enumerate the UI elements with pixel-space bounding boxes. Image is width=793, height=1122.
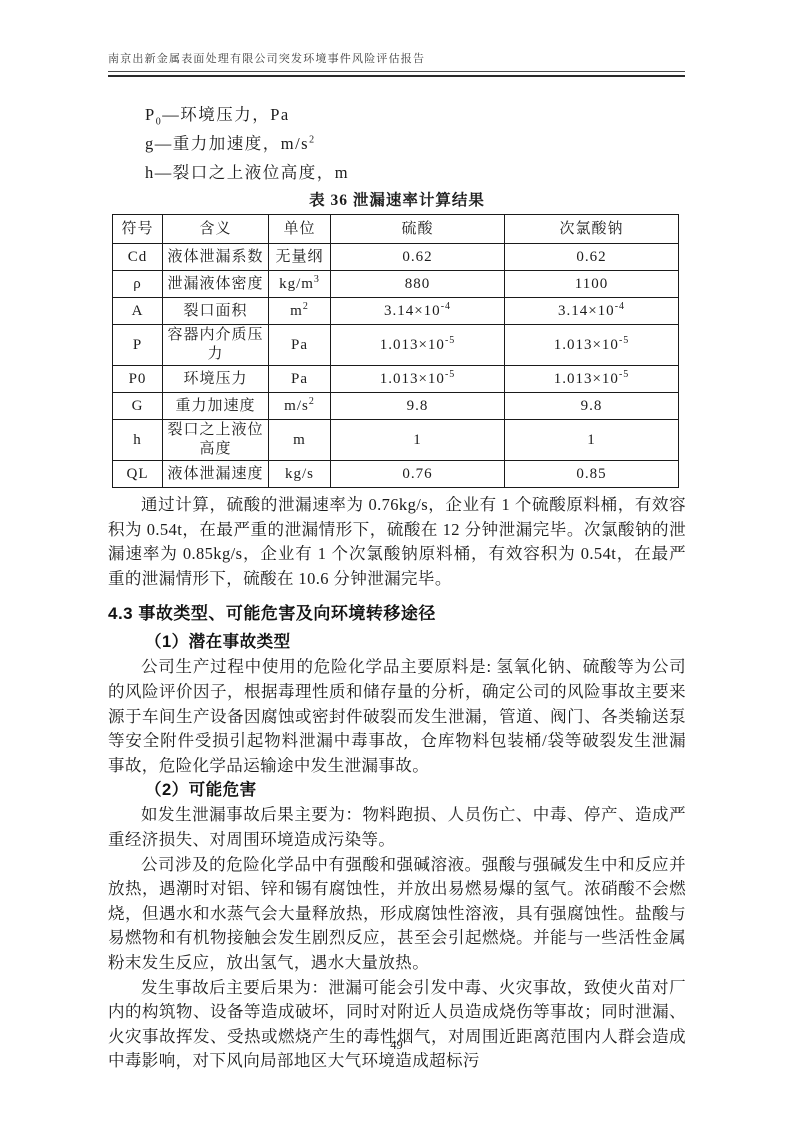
table-cell: 0.85 (505, 461, 679, 488)
table-header-cell: 含义 (163, 215, 269, 244)
table-cell: QL (113, 461, 163, 488)
table-header-cell: 次氯酸钠 (505, 215, 679, 244)
table-cell: Pa (269, 325, 331, 366)
leak-rate-table: 符号含义单位硫酸次氯酸钠 Cd液体泄漏系数无量纲0.620.62ρ泄漏液体密度k… (112, 214, 679, 488)
table-header-cell: 符号 (113, 215, 163, 244)
paragraph-possible-hazard-1: 如发生泄漏事故后果主要为：物料跑损、人员伤亡、中毒、停产、造成严重经济损失、对周… (108, 803, 686, 852)
table-cell: 1100 (505, 271, 679, 298)
subsection-heading-1: （1）潜在事故类型 (108, 630, 686, 655)
table-cell: 9.8 (331, 393, 505, 420)
table-cell: 液体泄漏速度 (163, 461, 269, 488)
paragraph-calc-result: 通过计算，硫酸的泄漏速率为 0.76kg/s，企业有 1 个硫酸原料桶，有效容积… (108, 493, 686, 591)
header-rule (108, 71, 685, 77)
formula-line-h: h—裂口之上液位高度，m (108, 158, 686, 187)
table-caption: 表 36 泄漏速率计算结果 (108, 191, 686, 211)
table-cell: 裂口面积 (163, 298, 269, 325)
paragraph-possible-hazard-3: 发生事故后主要后果为：泄漏可能会引发中毒、火灾事故，致使火苗对厂内的构筑物、设备… (108, 976, 686, 1074)
page-number: 49 (390, 1038, 403, 1052)
table-row: A裂口面积m23.14×10-43.14×10-4 (113, 298, 679, 325)
formula-line-g: g—重力加速度，m/s2 (108, 129, 686, 158)
table-header-row: 符号含义单位硫酸次氯酸钠 (113, 215, 679, 244)
table-cell: 泄漏液体密度 (163, 271, 269, 298)
table-cell: 1.013×10-5 (331, 366, 505, 393)
header-title: 南京出新金属表面处理有限公司突发环境事件风险评估报告 (108, 50, 685, 66)
table-row: Cd液体泄漏系数无量纲0.620.62 (113, 244, 679, 271)
table-cell: 1.013×10-5 (331, 325, 505, 366)
table-row: P容器内介质压力Pa1.013×10-51.013×10-5 (113, 325, 679, 366)
table-cell: 3.14×10-4 (505, 298, 679, 325)
table-cell: 9.8 (505, 393, 679, 420)
table-row: QL液体泄漏速度kg/s0.760.85 (113, 461, 679, 488)
table-cell: P0 (113, 366, 163, 393)
paragraph-possible-hazard-2: 公司涉及的危险化学品中有强酸和强碱溶液。强酸与强碱发生中和反应并放热，遇潮时对铝… (108, 853, 686, 976)
table-cell: 0.62 (331, 244, 505, 271)
table-row: h裂口之上液位高度m11 (113, 420, 679, 461)
table-cell: 液体泄漏系数 (163, 244, 269, 271)
subsection-heading-2: （2）可能危害 (108, 778, 686, 803)
table-header-cell: 单位 (269, 215, 331, 244)
table-cell: G (113, 393, 163, 420)
table-cell: 3.14×10-4 (331, 298, 505, 325)
formula-line-p0: P0—环境压力，Pa (108, 100, 686, 129)
table-cell: 1.013×10-5 (505, 366, 679, 393)
table-cell: 重力加速度 (163, 393, 269, 420)
table-cell: m (269, 420, 331, 461)
table-cell: h (113, 420, 163, 461)
table-cell: Cd (113, 244, 163, 271)
table-cell: Pa (269, 366, 331, 393)
table-row: P0环境压力Pa1.013×10-51.013×10-5 (113, 366, 679, 393)
table-cell: 无量纲 (269, 244, 331, 271)
table-header-cell: 硫酸 (331, 215, 505, 244)
table-cell: 880 (331, 271, 505, 298)
page-header: 南京出新金属表面处理有限公司突发环境事件风险评估报告 (108, 50, 685, 77)
table-cell: m/s2 (269, 393, 331, 420)
table-cell: 环境压力 (163, 366, 269, 393)
table-cell: 0.76 (331, 461, 505, 488)
table-cell: ρ (113, 271, 163, 298)
table-cell: 容器内介质压力 (163, 325, 269, 366)
table-cell: 1 (331, 420, 505, 461)
table-cell: 1 (505, 420, 679, 461)
formula-definitions: P0—环境压力，Pa g—重力加速度，m/s2 h—裂口之上液位高度，m (108, 100, 686, 187)
table-cell: A (113, 298, 163, 325)
paragraph-potential-accident-types: 公司生产过程中使用的危险化学品主要原料是: 氢氧化钠、硫酸等为公司的风险评价因子… (108, 655, 686, 778)
document-page: 南京出新金属表面处理有限公司突发环境事件风险评估报告 P0—环境压力，Pa g—… (0, 0, 793, 1122)
section-heading-4-3: 4.3 事故类型、可能危害及向环境转移途径 (108, 602, 686, 626)
table-cell: 1.013×10-5 (505, 325, 679, 366)
table-cell: m2 (269, 298, 331, 325)
table-cell: 0.62 (505, 244, 679, 271)
table-cell: kg/s (269, 461, 331, 488)
page-content: P0—环境压力，Pa g—重力加速度，m/s2 h—裂口之上液位高度，m 表 3… (108, 100, 686, 1074)
table-row: G重力加速度m/s29.89.8 (113, 393, 679, 420)
table-cell: 裂口之上液位高度 (163, 420, 269, 461)
table-cell: P (113, 325, 163, 366)
page-footer: 49 (0, 1038, 793, 1053)
table-cell: kg/m3 (269, 271, 331, 298)
table-row: ρ泄漏液体密度kg/m38801100 (113, 271, 679, 298)
